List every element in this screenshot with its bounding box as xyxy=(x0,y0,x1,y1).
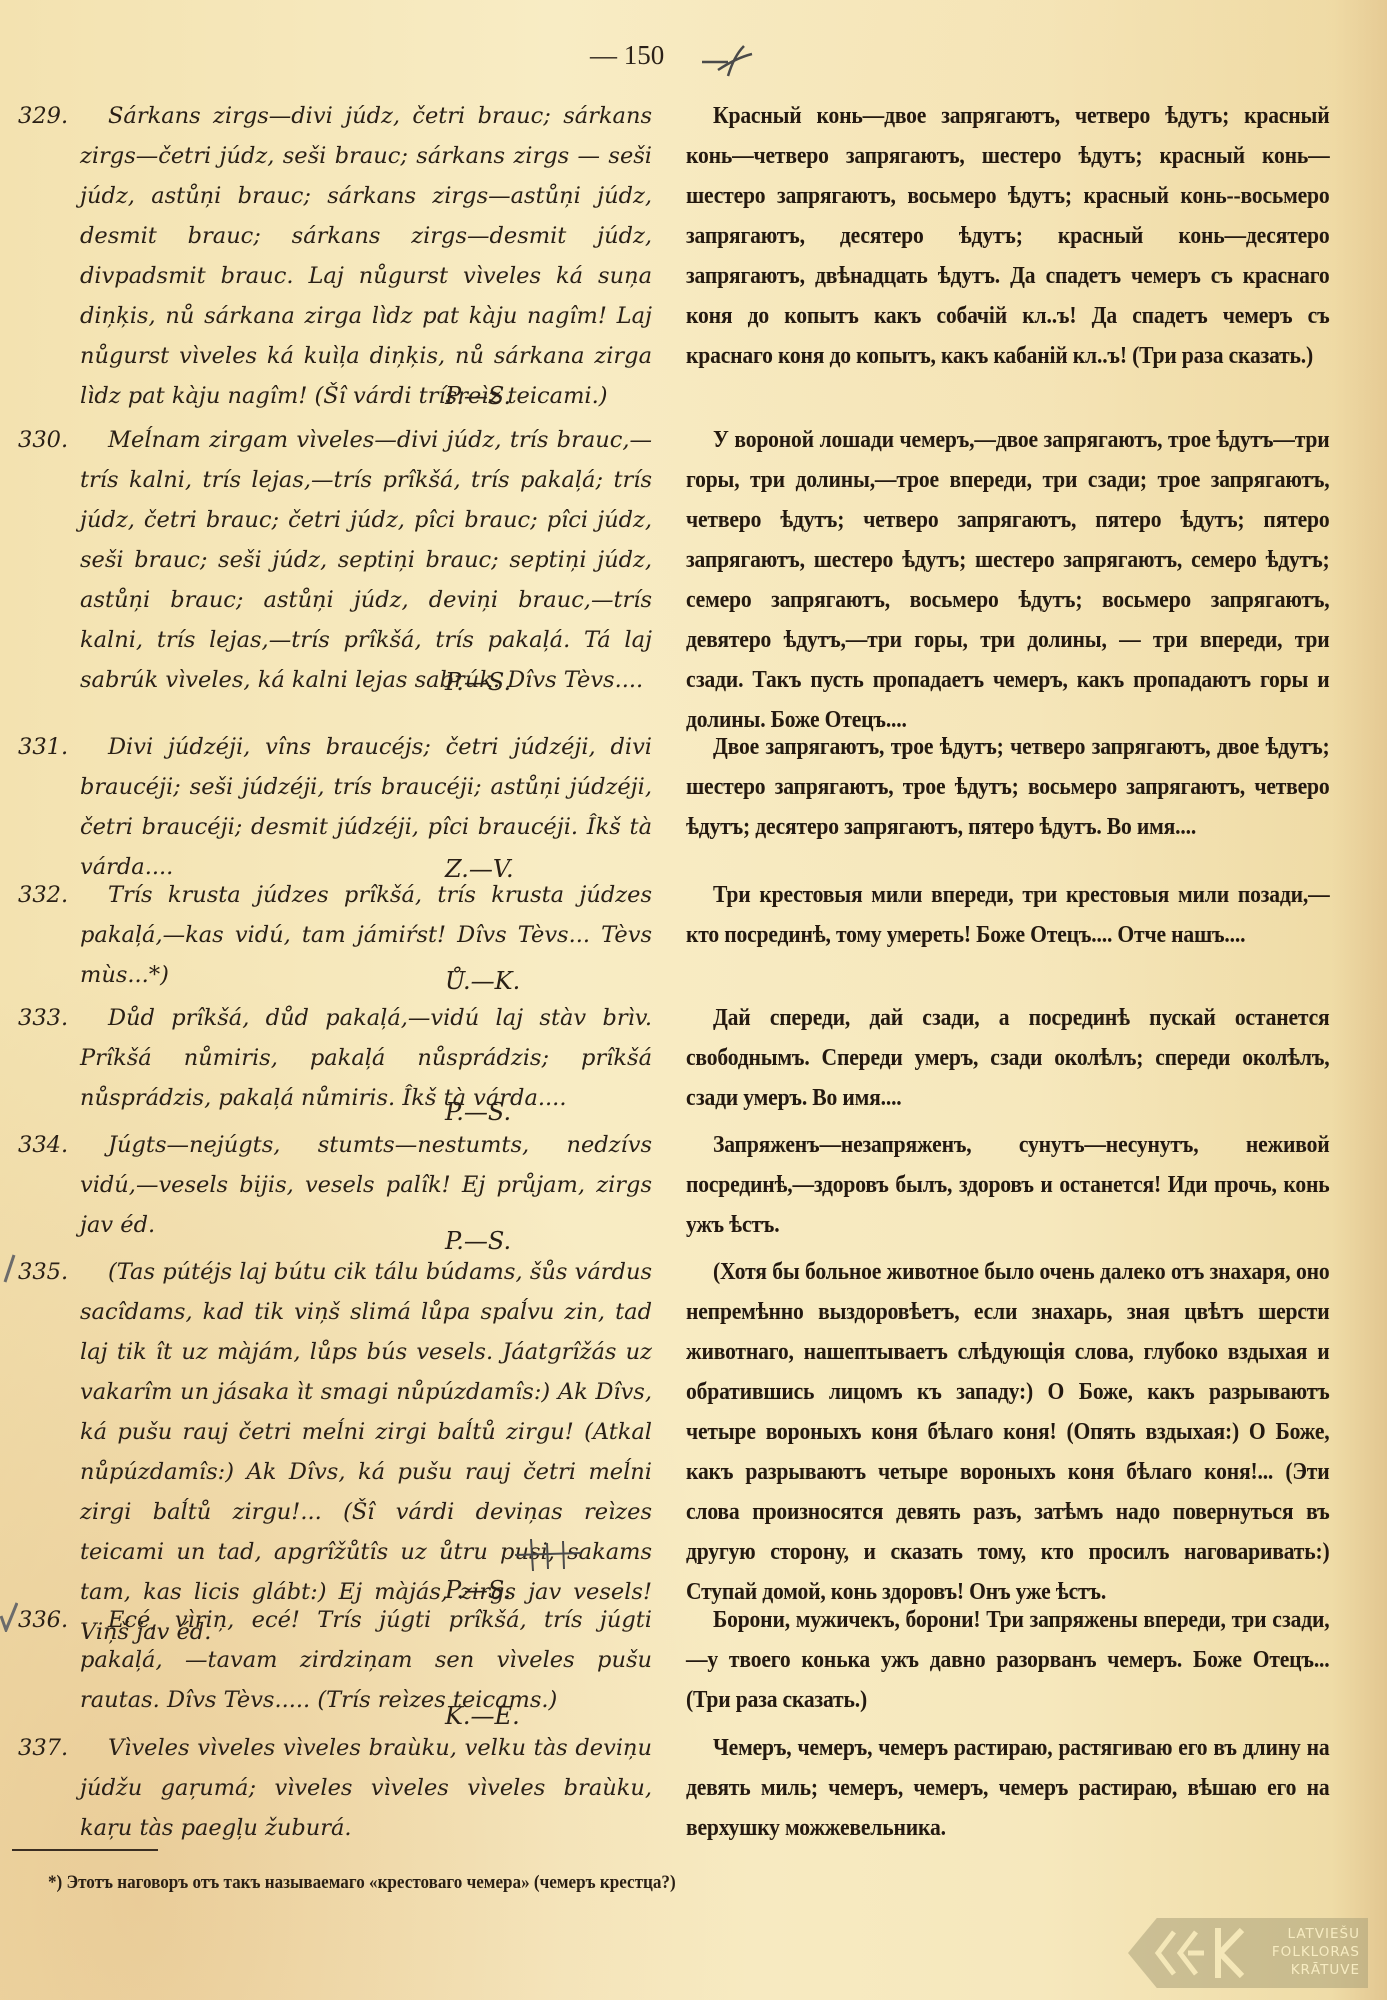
signature: Ů.—K. xyxy=(445,961,520,1001)
logo-line-1: LATVIEŠU xyxy=(1255,1925,1360,1943)
signature: P.—S. xyxy=(445,376,511,416)
logo-line-3: KRĀTUVE xyxy=(1255,1961,1360,1979)
entry-number: 329. xyxy=(18,96,68,136)
entry-number: 335. xyxy=(18,1252,68,1292)
latvian-text: (Tas pútéjs laj bútu cik tálu búdams, šů… xyxy=(80,1252,652,1652)
latvian-text: Divi júdzéji, vîns braucéjs; četri júdzé… xyxy=(80,727,652,887)
footnote-rule xyxy=(12,1849,158,1851)
russian-text: Борони, мужичекъ, борони! Три запряжены … xyxy=(686,1600,1330,1720)
russian-text: Запряженъ—незапряженъ, сунутъ—несунутъ, … xyxy=(686,1125,1330,1245)
russian-text: У вороной лошади чемеръ,—двое запрягаютъ… xyxy=(686,420,1330,740)
latvian-text: Ecé, vìriņ, ecé! Trís júgti prîkšá, trís… xyxy=(80,1600,652,1720)
latvian-text: Důd prîkšá, důd pakaļá,—vidú laj stàv br… xyxy=(80,998,652,1118)
entry-number: 334. xyxy=(18,1125,68,1165)
entry-number: 336. xyxy=(18,1600,68,1640)
latvian-text: Trís krusta júdzes prîkšá, trís krusta j… xyxy=(80,875,652,995)
russian-text: Двое запрягаютъ, трое ѣдутъ; четверо зап… xyxy=(686,727,1330,847)
pencil-cross-marks-icon xyxy=(513,1535,583,1575)
logo-line-2: FOLKLORAS xyxy=(1255,1943,1360,1961)
pencil-check-mark-icon xyxy=(0,1602,18,1632)
russian-text: (Хотя бы больное животное было очень дал… xyxy=(686,1252,1330,1612)
page-number: — 150 xyxy=(590,40,664,71)
lfk-logo-mark-icon xyxy=(1152,1926,1247,1980)
footnote: *) Этотъ наговоръ отъ такъ называемаго «… xyxy=(48,1872,676,1894)
russian-text: Красный конь—двое запрягаютъ, четверо ѣд… xyxy=(686,96,1330,376)
entry-number: 332. xyxy=(18,875,68,915)
entry-number: 330. xyxy=(18,420,68,460)
entry-number: 333. xyxy=(18,998,68,1038)
pencil-tick-mark-icon xyxy=(2,1254,16,1284)
latvian-text: Sárkans zirgs—divi júdz, četri brauc; sá… xyxy=(80,96,652,416)
logo-text: LATVIEŠU FOLKLORAS KRĀTUVE xyxy=(1255,1925,1360,1979)
entry-number: 337. xyxy=(18,1728,68,1768)
latvian-text: Júgts—nejúgts, stumts—nestumts, nedzívs … xyxy=(80,1125,652,1245)
latvian-text: Vìveles vìveles vìveles braùku, velku tà… xyxy=(80,1728,652,1848)
russian-text: Чемеръ, чемеръ, чемеръ растираю, растяги… xyxy=(686,1728,1330,1848)
latvian-folklore-archive-logo: LATVIEŠU FOLKLORAS KRĀTUVE xyxy=(1128,1918,1368,1988)
latvian-text: Meĺnam zirgam vìveles—divi júdz, trís br… xyxy=(80,420,652,700)
handwritten-pencil-mark-icon xyxy=(700,40,770,82)
russian-text: Три крестовыя мили впереди, три крестовы… xyxy=(686,875,1330,955)
signature: P.—S. xyxy=(445,662,511,702)
entry-number: 331. xyxy=(18,727,68,767)
russian-text: Дай спереди, дай сзади, а посрединѣ пуск… xyxy=(686,998,1330,1118)
